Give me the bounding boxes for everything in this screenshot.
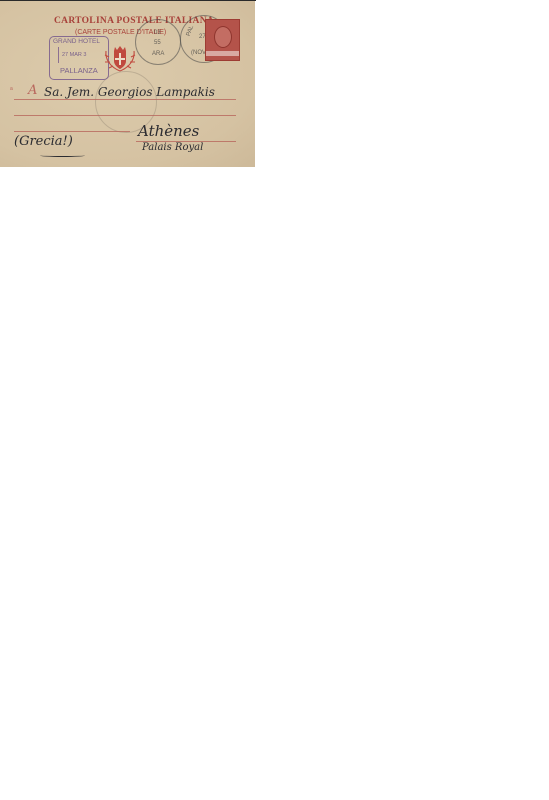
hotel-stamp-date: 27 MAR 3 [62, 52, 86, 58]
address-line-2 [14, 115, 236, 116]
recipient-name: Sa. Jem. Georgios Lampakis [44, 85, 215, 99]
printed-stamp [205, 19, 240, 61]
royal-crest-icon [102, 43, 138, 75]
country-underline [40, 154, 85, 157]
king-portrait-icon [214, 26, 232, 48]
address-line-3-left [14, 131, 130, 132]
hotel-stamp-place: PALLANZA [60, 66, 98, 75]
postmark-left-line2: 55 [154, 40, 161, 46]
postmark-left-line3: ARA [152, 51, 164, 57]
postmark-left-line1: 03 [154, 30, 161, 36]
postmark-left: 03 55 ARA [135, 19, 181, 65]
street: Palais Royal [142, 142, 203, 153]
address-line-1 [14, 99, 236, 100]
line-prefix-mark: a [10, 86, 13, 92]
country: (Grecia!) [14, 134, 73, 149]
address-prefix: A [28, 83, 37, 98]
stamp-value-band [206, 51, 239, 56]
postcard: CARTOLINA POSTALE ITALIANA (CARTE POSTAL… [0, 1, 255, 167]
hotel-stamp-name: GRAND HOTEL [53, 38, 100, 45]
postmark-right-line1: PAL [186, 25, 195, 37]
hotel-box-stamp: GRAND HOTEL 27 MAR 3 PALLANZA [49, 36, 109, 80]
city: Athènes [138, 122, 199, 140]
